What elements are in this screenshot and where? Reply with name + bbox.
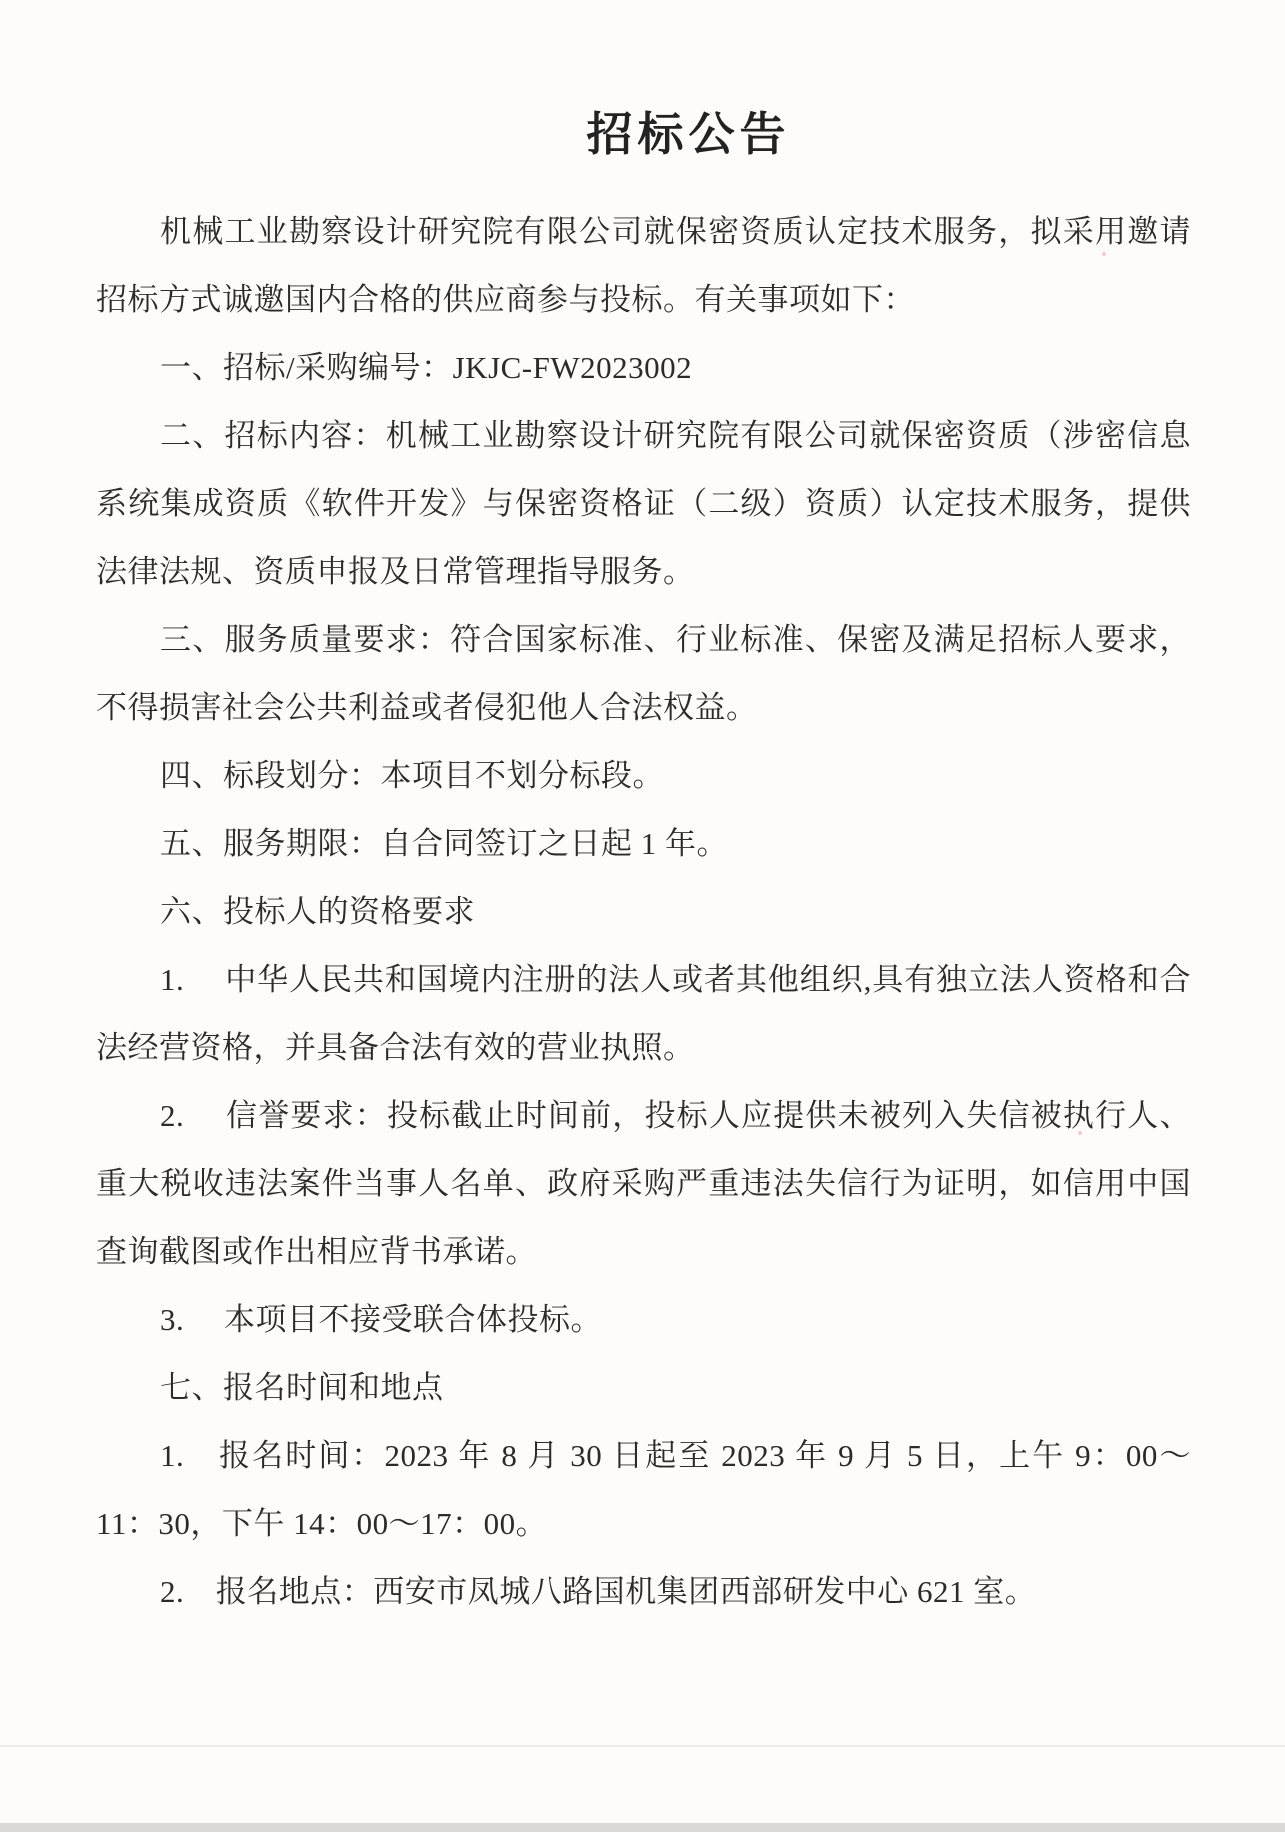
paragraph-item-6-sub-1: 1. 中华人民共和国境内注册的法人或者其他组织,具有独立法人资格和合法经营资格，… [96, 946, 1191, 1082]
scan-speck [1078, 1131, 1082, 1135]
paragraph-item-6-sub-3: 3. 本项目不接受联合体投标。 [96, 1286, 1191, 1354]
paragraph-item-4-lot-division: 四、标段划分：本项目不划分标段。 [96, 742, 1191, 810]
paragraph-item-3-service-quality: 三、服务质量要求：符合国家标准、行业标准、保密及满足招标人要求，不得损害社会公共… [96, 606, 1191, 742]
document-title: 招标公告 [0, 98, 1285, 164]
paragraph-item-5-service-period: 五、服务期限：自合同签订之日起 1 年。 [96, 810, 1191, 878]
paragraph-item-7-sub-2-location: 2. 报名地点：西安市凤城八路国机集团西部研发中心 621 室。 [96, 1558, 1191, 1626]
paragraph-item-7-sub-1-time: 1. 报名时间：2023 年 8 月 30 日起至 2023 年 9 月 5 日… [96, 1422, 1191, 1558]
paragraph-item-6-qualification-heading: 六、投标人的资格要求 [96, 878, 1191, 946]
scan-speck [988, 628, 992, 632]
paragraph-item-1-tender-number: 一、招标/采购编号：JKJC-FW2023002 [96, 334, 1191, 402]
scan-bottom-edge [0, 1823, 1285, 1832]
scanned-document-page: 招标公告 机械工业勘察设计研究院有限公司就保密资质认定技术服务，拟采用邀请招标方… [0, 0, 1285, 1832]
scan-streak [0, 1745, 1285, 1747]
paragraph-item-7-registration-heading: 七、报名时间和地点 [96, 1354, 1191, 1422]
scan-speck [1102, 252, 1106, 256]
paragraph-item-6-sub-2: 2. 信誉要求：投标截止时间前，投标人应提供未被列入失信被执行人、重大税收违法案… [96, 1082, 1191, 1286]
paragraph-item-2-tender-content: 二、招标内容：机械工业勘察设计研究院有限公司就保密资质（涉密信息系统集成资质《软… [96, 402, 1191, 606]
document-body: 机械工业勘察设计研究院有限公司就保密资质认定技术服务，拟采用邀请招标方式诚邀国内… [96, 198, 1191, 1626]
paragraph-intro: 机械工业勘察设计研究院有限公司就保密资质认定技术服务，拟采用邀请招标方式诚邀国内… [96, 198, 1191, 334]
